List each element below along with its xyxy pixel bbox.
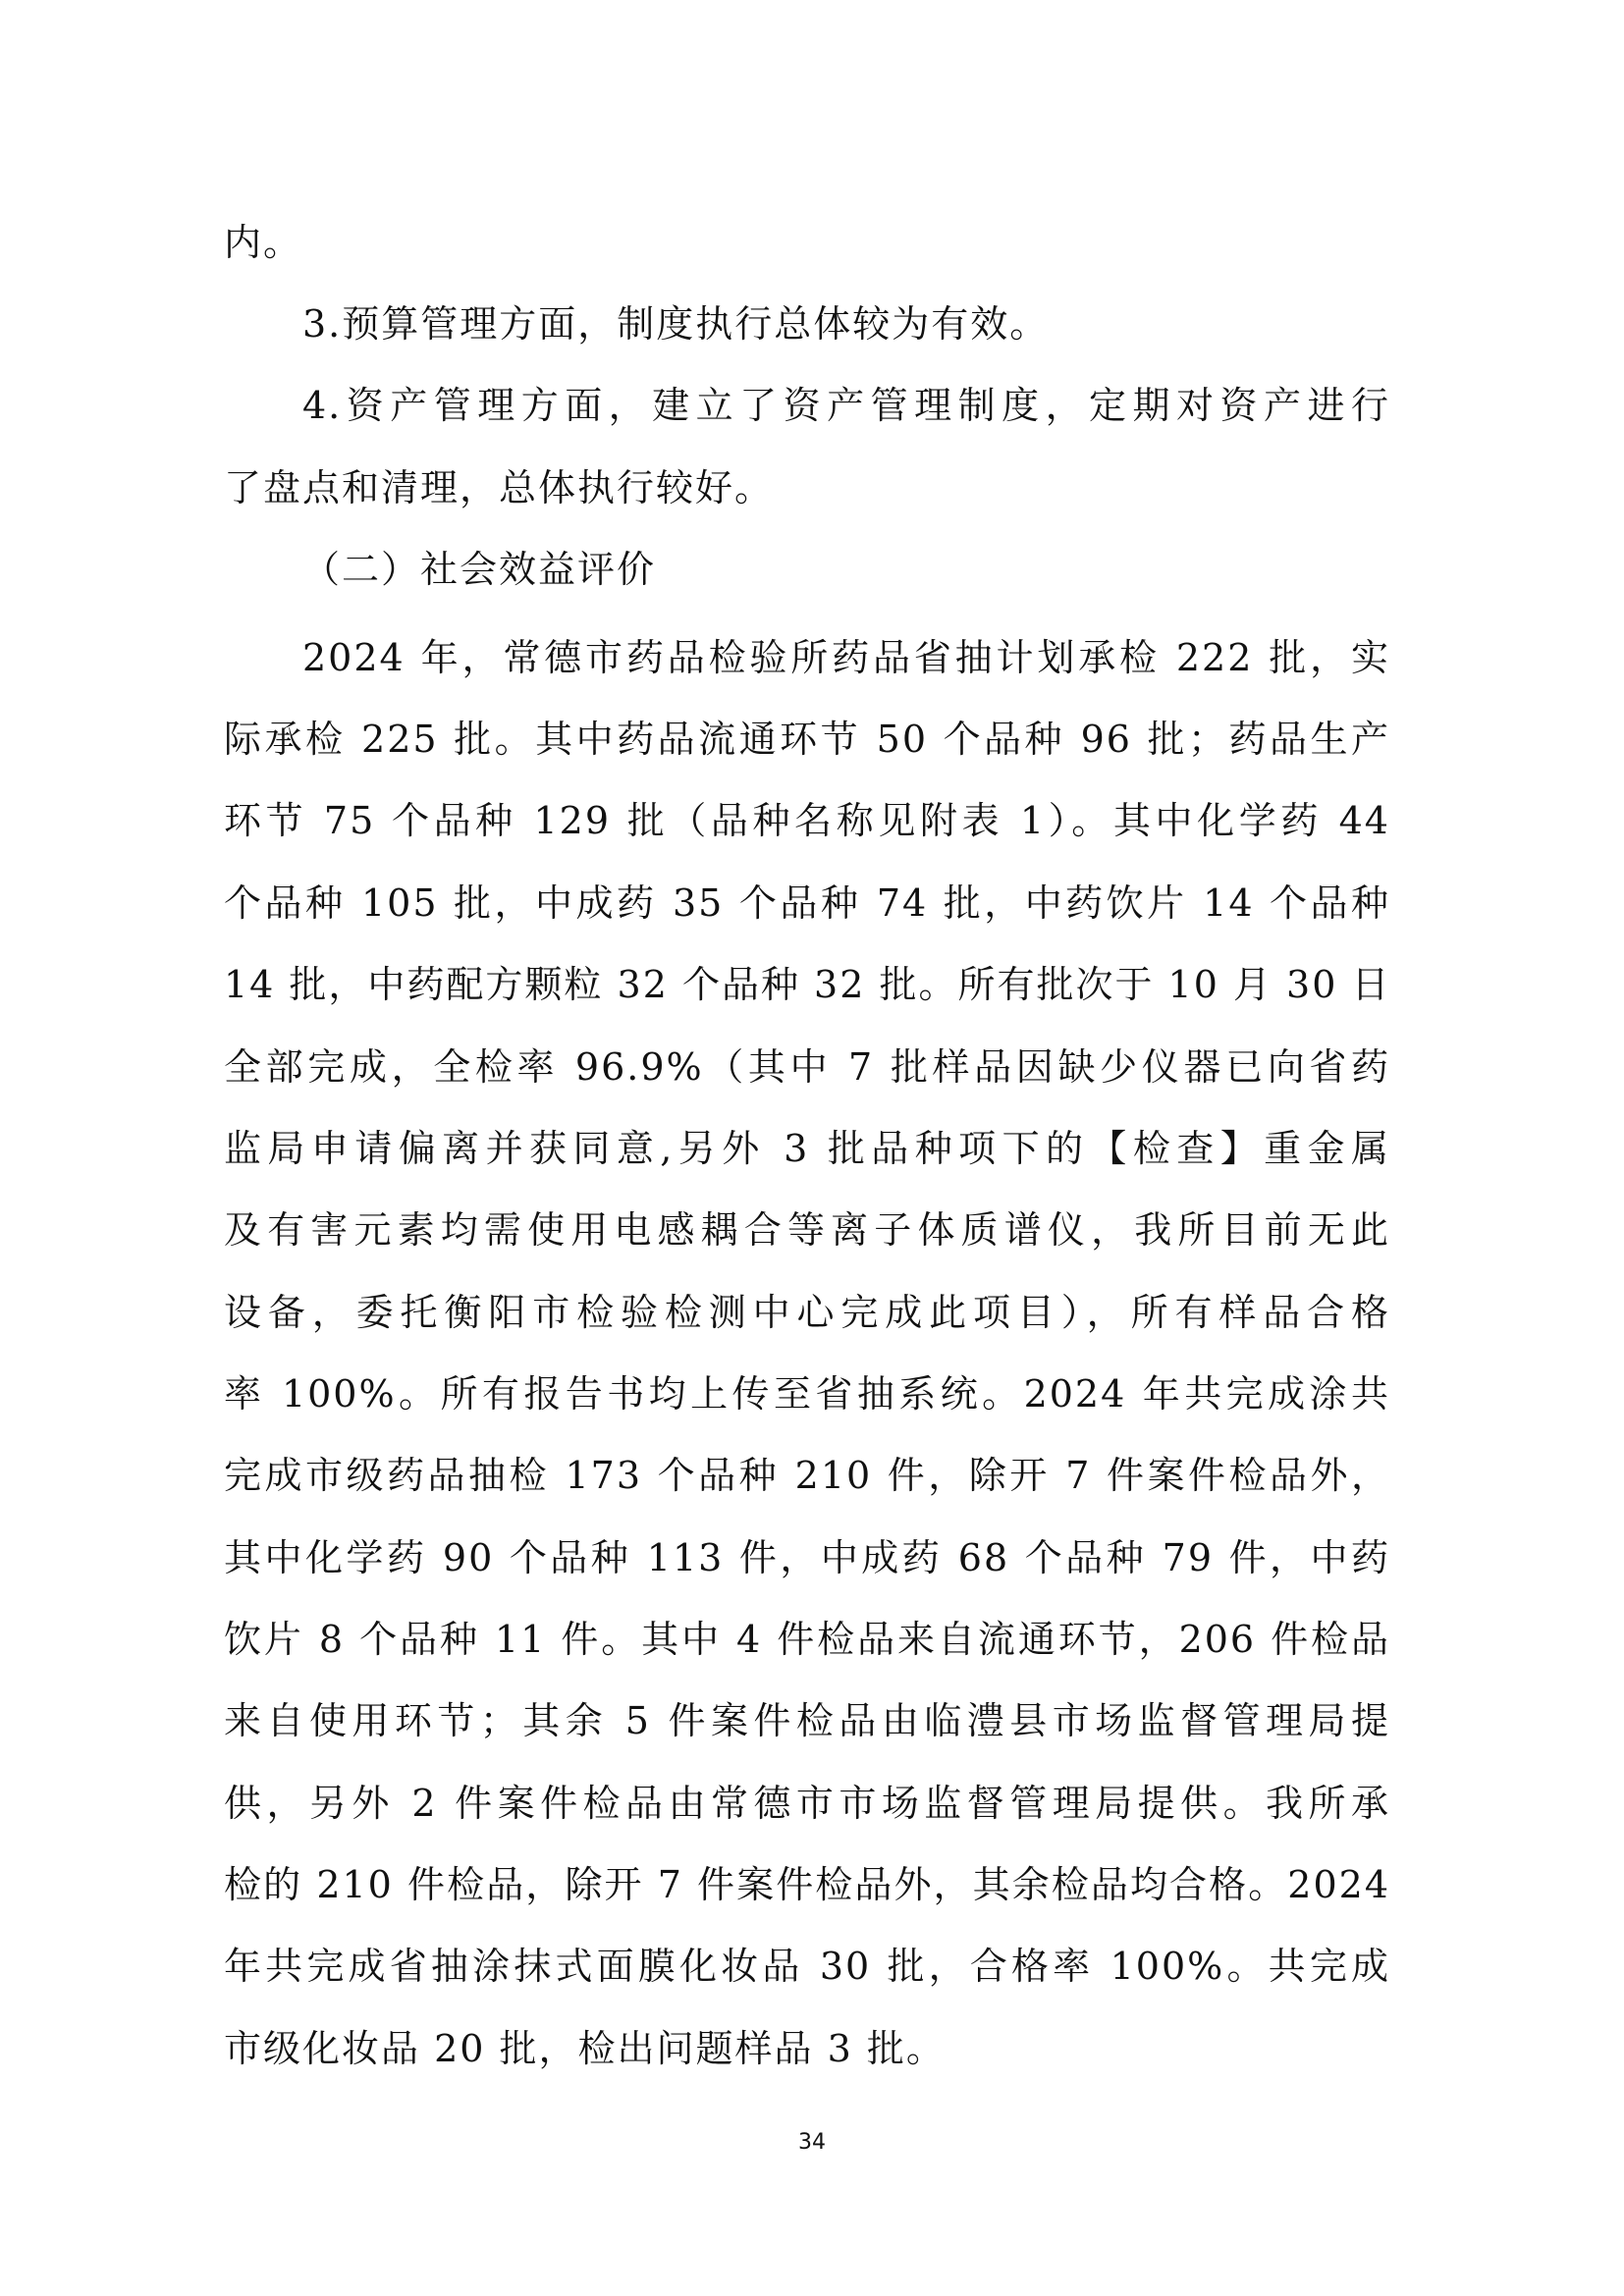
text-line: 及有害元素均需使用电感耦合等离子体质谱仪，我所目前无此 [224, 1201, 1390, 1259]
text-line: 设备，委托衡阳市检验检测中心完成此项目），所有样品合格 [224, 1283, 1390, 1342]
text-line: 4.资产管理方面，建立了资产管理制度，定期对资产进行 [302, 376, 1390, 435]
text-line: 供，另外 2 件案件检品由常德市市场监督管理局提供。我所承 [224, 1774, 1390, 1833]
text-line: 其中化学药 90 个品种 113 件，中成药 68 个品种 79 件，中药 [224, 1528, 1390, 1587]
text-line: 监局申请偏离并获同意,另外 3 批品种项下的【检查】重金属 [224, 1119, 1390, 1178]
text-line: 检的 210 件检品，除开 7 件案件检品外，其余检品均合格。2024 [224, 1855, 1390, 1914]
text-line: 率 100%。所有报告书均上传至省抽系统。2024 年共完成涂共 [224, 1364, 1390, 1423]
text-line: 个品种 105 批，中成药 35 个品种 74 批，中药饮片 14 个品种 [224, 874, 1390, 933]
text-line: 了盘点和清理，总体执行较好。 [224, 458, 1390, 517]
text-line: 饮片 8 个品种 11 件。其中 4 件检品来自流通环节，206 件检品 [224, 1610, 1390, 1669]
text-line: 3.预算管理方面，制度执行总体较为有效。 [302, 294, 1390, 353]
text-line: 来自使用环节；其余 5 件案件检品由临澧县市场监督管理局提 [224, 1691, 1390, 1750]
text-line: 2024 年，常德市药品检验所药品省抽计划承检 222 批，实 [302, 628, 1390, 687]
text-line: 际承检 225 批。其中药品流通环节 50 个品种 96 批；药品生产 [224, 710, 1390, 769]
text-line: 完成市级药品抽检 173 个品种 210 件，除开 7 件案件检品外， [224, 1446, 1390, 1505]
page-number: 34 [785, 2130, 839, 2155]
text-line: 14 批，中药配方颗粒 32 个品种 32 批。所有批次于 10 月 30 日 [224, 955, 1390, 1014]
text-line: 全部完成，全检率 96.9%（其中 7 批样品因缺少仪器已向省药 [224, 1038, 1390, 1096]
text-line: 年共完成省抽涂抹式面膜化妆品 30 批，合格率 100%。共完成 [224, 1937, 1390, 1996]
section-heading: （二）社会效益评价 [302, 540, 1390, 599]
text-line: 内。 [224, 213, 1390, 272]
document-page: 内。 3.预算管理方面，制度执行总体较为有效。 4.资产管理方面，建立了资产管理… [0, 0, 1624, 2296]
text-line: 市级化妆品 20 批，检出问题样品 3 批。 [224, 2019, 1390, 2078]
text-line: 环节 75 个品种 129 批（品种名称见附表 1）。其中化学药 44 [224, 791, 1390, 850]
